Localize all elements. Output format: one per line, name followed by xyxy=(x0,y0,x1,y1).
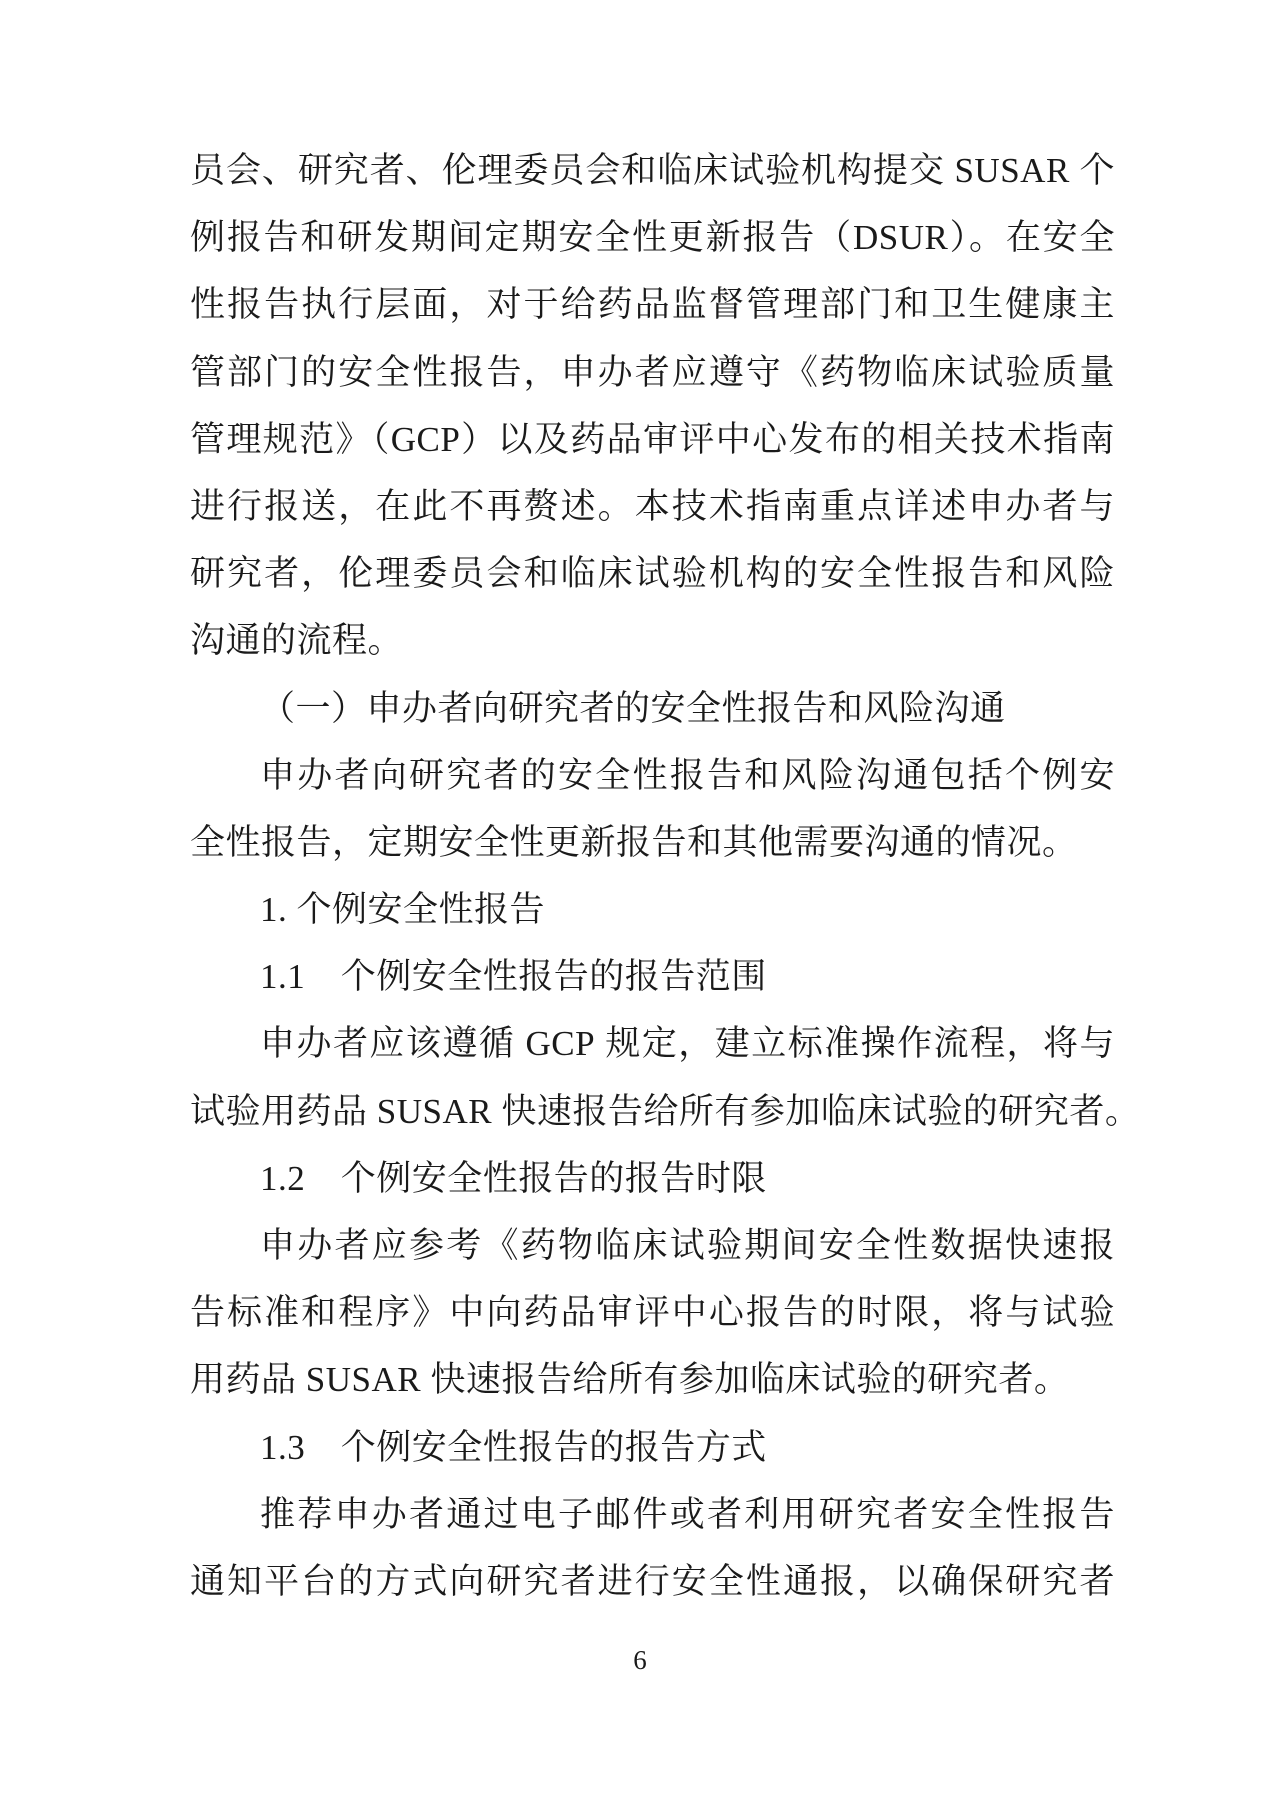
text-line: 例报告和研发期间定期安全性更新报告（DSUR）。在安全 xyxy=(190,204,1115,271)
text-line: 1.3 个例安全性报告的报告方式 xyxy=(190,1414,1115,1481)
text-line: 进行报送，在此不再赘述。本技术指南重点详述申办者与 xyxy=(190,473,1115,540)
text-line: 推荐申办者通过电子邮件或者利用研究者安全性报告 xyxy=(190,1481,1115,1548)
document-page: 员会、研究者、伦理委员会和临床试验机构提交 SUSAR 个例报告和研发期间定期安… xyxy=(0,0,1280,1810)
text-line: 通知平台的方式向研究者进行安全性通报，以确保研究者 xyxy=(190,1548,1115,1615)
page-number: 6 xyxy=(0,1645,1280,1676)
text-line: 研究者，伦理委员会和临床试验机构的安全性报告和风险 xyxy=(190,540,1115,607)
text-line: 性报告执行层面，对于给药品监督管理部门和卫生健康主 xyxy=(190,271,1115,338)
text-line: 申办者应该遵循 GCP 规定，建立标准操作流程，将与 xyxy=(190,1010,1115,1077)
text-line: 员会、研究者、伦理委员会和临床试验机构提交 SUSAR 个 xyxy=(190,137,1115,204)
text-line: 1.2 个例安全性报告的报告时限 xyxy=(190,1145,1115,1212)
text-line: 1.1 个例安全性报告的报告范围 xyxy=(190,943,1115,1010)
text-line: 告标准和程序》中向药品审评中心报告的时限，将与试验 xyxy=(190,1279,1115,1346)
text-line: 沟通的流程。 xyxy=(190,607,1115,674)
document-body: 员会、研究者、伦理委员会和临床试验机构提交 SUSAR 个例报告和研发期间定期安… xyxy=(190,137,1115,1615)
text-line: 全性报告，定期安全性更新报告和其他需要沟通的情况。 xyxy=(190,809,1115,876)
text-line: 1. 个例安全性报告 xyxy=(190,876,1115,943)
text-line: 管理规范》（GCP）以及药品审评中心发布的相关技术指南 xyxy=(190,406,1115,473)
text-line: 申办者应参考《药物临床试验期间安全性数据快速报 xyxy=(190,1212,1115,1279)
text-line: 试验用药品 SUSAR 快速报告给所有参加临床试验的研究者。 xyxy=(190,1078,1115,1145)
text-line: 管部门的安全性报告，申办者应遵守《药物临床试验质量 xyxy=(190,339,1115,406)
text-line: 申办者向研究者的安全性报告和风险沟通包括个例安 xyxy=(190,742,1115,809)
text-line: （一）申办者向研究者的安全性报告和风险沟通 xyxy=(190,675,1115,742)
text-line: 用药品 SUSAR 快速报告给所有参加临床试验的研究者。 xyxy=(190,1346,1115,1413)
